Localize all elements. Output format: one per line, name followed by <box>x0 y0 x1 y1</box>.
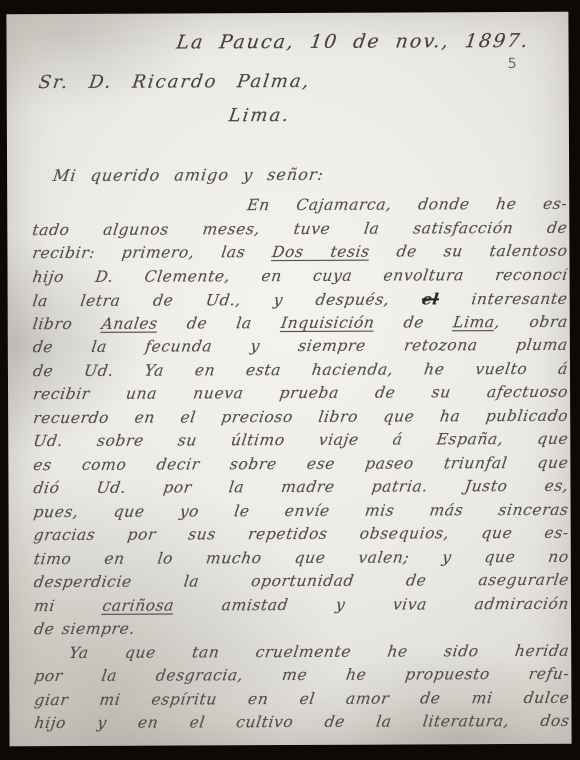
underlined-text: Dos tesis <box>271 243 371 261</box>
letter-line: mi cariñosa amistad y viva admiración <box>32 592 569 618</box>
letter-text: de <box>373 313 454 331</box>
letter-line: por la desgracia, me he propuesto refu- <box>33 663 570 689</box>
letter-text: timo en lo mucho que valen; y que no <box>33 547 570 567</box>
letter-line: la letra de Ud., y después, el interesan… <box>32 287 569 313</box>
letter-line: timo en lo mucho que valen; y que no <box>32 545 569 571</box>
recipient-line-1: Sr. D. Ricardo Palma, <box>37 71 312 93</box>
letter-text: Ud. sobre su último viaje á España, que <box>32 430 569 450</box>
letter-text: amistad y viva admiración <box>173 594 570 614</box>
recipient-line-2: Lima. <box>227 105 291 126</box>
page-number: 5 <box>508 56 517 72</box>
salutation: Mi querido amigo y señor: <box>52 165 325 185</box>
letter-text: recibir: primero, las <box>32 243 273 262</box>
letter-line: Ya que tan cruelmente he sido herida <box>33 639 570 665</box>
letter-page: La Pauca, 10 de nov., 1897. 5 Sr. D. Ric… <box>6 12 571 746</box>
letter-line: recuerdo en el precioso libro que ha pub… <box>32 404 569 430</box>
letter-text: de la fecunda y siempre retozona pluma <box>32 336 569 356</box>
letter-text: giar mi espíritu en el amor de mi dulce <box>33 688 569 708</box>
letter-text: , obra <box>494 312 569 330</box>
letter-text: pues, que yo le envíe mis más sinceras <box>32 500 569 520</box>
letter-text: tado algunos meses, tuve la satisfacción… <box>32 218 568 238</box>
underlined-text: Lima <box>452 313 496 331</box>
letter-text: hijo y en el cultivo de la literatura, d… <box>33 712 569 732</box>
letter-line: de Ud. Ya en esta hacienda, he vuelto á <box>32 357 569 383</box>
letter-line: es como decir sobre ese paseo triunfal q… <box>32 451 569 477</box>
underlined-text: cariñosa <box>101 596 175 614</box>
letter-line: gracias por sus repetidos obsequios, que… <box>32 522 569 548</box>
letter-text: En Cajamarca, donde he es- <box>246 195 568 214</box>
letter-text: de la <box>157 314 283 333</box>
letter-line: de la fecunda y siempre retozona pluma <box>32 334 569 360</box>
letter-line: pues, que yo le envíe mis más sinceras <box>32 498 569 524</box>
letter-line: libro Anales de la Inquisición de Lima, … <box>32 310 569 336</box>
letter-line: desperdicie la oportunidad de asegurarle <box>32 569 569 595</box>
letter-line: Ud. sobre su último viaje á España, que <box>32 428 569 454</box>
scan-background: { "page": { "background_color": "#0d0907… <box>0 0 580 760</box>
letter-text: mi <box>33 596 104 614</box>
letter-text: la letra de Ud., y después, <box>32 290 423 310</box>
dateline: La Pauca, 10 de nov., 1897. <box>175 30 531 54</box>
letter-line: dió Ud. por la madre patria. Justo es, <box>32 475 569 501</box>
letter-line: giar mi espíritu en el amor de mi dulce <box>33 686 570 712</box>
letter-text: de siempre. <box>33 620 136 638</box>
letter-text: libro <box>32 314 103 332</box>
letter-text: gracias por sus repetidos obsequios, que… <box>33 524 570 544</box>
letter-line: hijo y en el cultivo de la literatura, d… <box>33 710 570 736</box>
letter-text: de su talentoso <box>369 242 569 261</box>
letter-line: recibir: primero, las Dos tesis de su ta… <box>32 240 569 266</box>
letter-body: En Cajamarca, donde he es-tado algunos m… <box>32 193 569 738</box>
underlined-text: Anales <box>100 314 159 332</box>
letter-text: desperdicie la oportunidad de asegurarle <box>33 571 570 591</box>
letter-line: recibir una nueva prueba de su afectuoso <box>32 381 569 407</box>
letter-line: hijo D. Clemente, en cuya envoltura reco… <box>32 263 569 289</box>
letter-text: recuerdo en el precioso libro que ha pub… <box>32 406 569 426</box>
letter-text: es como decir sobre ese paseo triunfal q… <box>32 453 569 473</box>
letter-text: interesante <box>438 290 569 309</box>
letter-text: Ya que tan cruelmente he sido herida <box>68 641 569 661</box>
letter-text: dió Ud. por la madre patria. Justo es, <box>32 477 569 497</box>
underlined-text: Inquisición <box>280 313 376 331</box>
letter-line: tado algunos meses, tuve la satisfacción… <box>32 216 569 242</box>
letter-text: de Ud. Ya en esta hacienda, he vuelto á <box>32 359 569 379</box>
letter-text: por la desgracia, me he propuesto refu- <box>33 665 569 685</box>
letter-line: de siempre. <box>32 616 569 642</box>
letter-line: En Cajamarca, donde he es- <box>32 193 569 219</box>
letter-text: recibir una nueva prueba de su afectuoso <box>32 383 569 403</box>
letter-text: hijo D. Clemente, en cuya envoltura reco… <box>32 265 569 285</box>
